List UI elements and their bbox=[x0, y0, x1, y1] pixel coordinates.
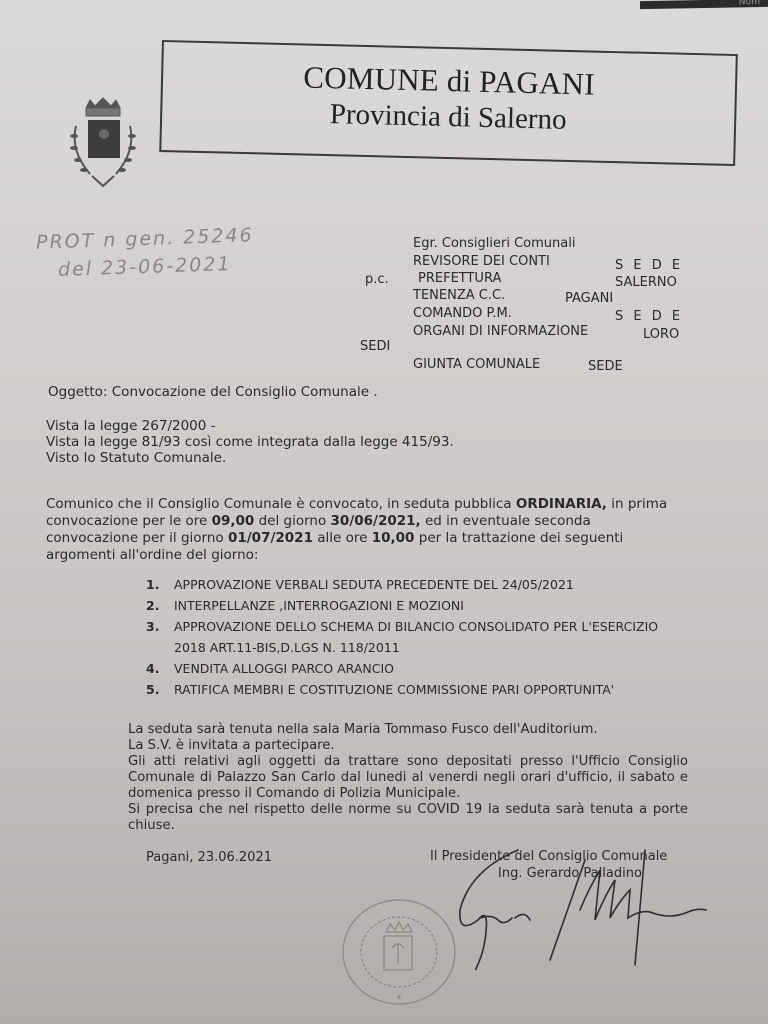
recipient-name: ORGANI DI INFORMAZIONE bbox=[413, 324, 588, 339]
agenda-item-continuation: 2018 ART.11-BIS,D.LGS N. 118/2011 bbox=[146, 637, 658, 658]
pc-label: p.c. bbox=[365, 272, 389, 287]
corner-label: Num bbox=[739, 0, 760, 7]
reference-line: Visto lo Statuto Comunale. bbox=[46, 450, 226, 466]
agenda-item: 5.RATIFICA MEMBRI E COSTITUZIONE COMMISS… bbox=[146, 679, 658, 700]
reference-line: Vista la legge 267/2000 - bbox=[46, 418, 216, 434]
letterhead-box: COMUNE di PAGANI Provincia di Salerno bbox=[159, 40, 738, 166]
recipient-name: COMANDO P.M. bbox=[413, 306, 512, 321]
documents-note: Gli atti relativi agli oggetti da tratta… bbox=[128, 754, 688, 802]
recipient-name: GIUNTA COMUNALE bbox=[413, 357, 540, 372]
venue-line: La seduta sarà tenuta nella sala Maria T… bbox=[128, 722, 688, 738]
recipient-name: Egr. Consiglieri Comunali bbox=[413, 236, 575, 251]
agenda-item: 2.INTERPELLANZE ,INTERROGAZIONI E MOZION… bbox=[146, 595, 658, 616]
agenda-item: 3.APPROVAZIONE DELLO SCHEMA DI BILANCIO … bbox=[146, 616, 658, 637]
recipient-location: SALERNO bbox=[615, 275, 677, 290]
recipient-name: PREFETTURA bbox=[418, 271, 501, 286]
invitation-line: La S.V. è invitata a partecipare. bbox=[128, 738, 688, 754]
handwritten-signature-icon bbox=[430, 840, 720, 970]
recipient-location: PAGANI bbox=[565, 291, 613, 306]
second-call-time: 10,00 bbox=[372, 530, 415, 546]
first-call-time: 09,00 bbox=[212, 513, 255, 529]
svg-text:✦: ✦ bbox=[396, 993, 403, 1002]
closing-paragraphs: La seduta sarà tenuta nella sala Maria T… bbox=[128, 722, 688, 834]
agenda-list: 1.APPROVAZIONE VERBALI SEDUTA PRECEDENTE… bbox=[146, 574, 658, 700]
protocol-number-handwritten: PROT n gen. 25246 bbox=[36, 224, 254, 254]
recipient-location: S E D E bbox=[615, 309, 683, 324]
municipal-crest-icon bbox=[62, 96, 144, 196]
convocation-paragraph: Comunico che il Consiglio Comunale è con… bbox=[46, 496, 686, 564]
first-call-date: 30/06/2021, bbox=[331, 513, 421, 529]
agenda-item: 1.APPROVAZIONE VERBALI SEDUTA PRECEDENTE… bbox=[146, 574, 658, 595]
official-stamp-icon: ✦ bbox=[338, 896, 460, 1008]
reference-line: Vista la legge 81/93 così come integrata… bbox=[46, 434, 454, 450]
recipient-location: SEDI bbox=[360, 339, 390, 354]
covid-note: Si precisa che nel rispetto delle norme … bbox=[128, 802, 688, 834]
recipient-location: LORO bbox=[643, 327, 679, 342]
session-type: ORDINARIA, bbox=[516, 496, 607, 512]
second-call-date: 01/07/2021 bbox=[228, 530, 313, 546]
protocol-date-handwritten: del 23-06-2021 bbox=[58, 253, 232, 281]
place-date: Pagani, 23.06.2021 bbox=[146, 850, 272, 865]
subject-line: Oggetto: Convocazione del Consiglio Comu… bbox=[48, 384, 378, 400]
recipient-name: TENENZA C.C. bbox=[413, 288, 505, 303]
recipient-location: SEDE bbox=[588, 359, 623, 374]
agenda-item: 4.VENDITA ALLOGGI PARCO ARANCIO bbox=[146, 658, 658, 679]
recipient-location: S E D E bbox=[615, 258, 683, 273]
recipient-name: REVISORE DEI CONTI bbox=[413, 254, 550, 269]
photo-edge-strip: Num bbox=[640, 0, 768, 9]
